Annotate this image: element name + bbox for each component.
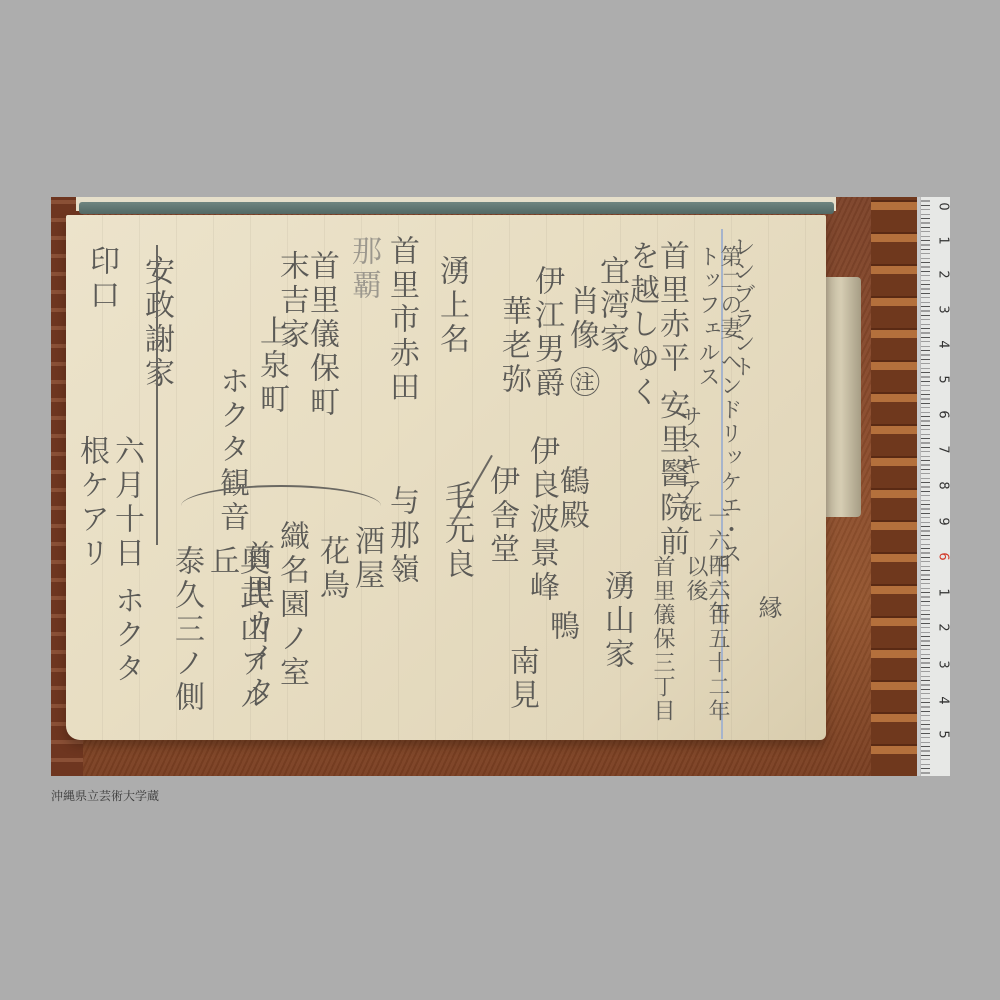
text-column: 伊舎堂 — [486, 465, 516, 567]
text-column: 印口 — [86, 245, 116, 313]
ruler-label: 5 — [936, 727, 951, 743]
text-column: 湧山家 — [601, 570, 631, 672]
ruler-label: 5 — [936, 372, 951, 388]
text-column: 湧上名 — [436, 255, 466, 357]
ruler-label-red: 6 — [936, 549, 951, 565]
text-column: 首里市赤田 — [386, 235, 416, 405]
ruler-label: 2 — [936, 267, 951, 283]
text-column: 首里儀保三丁目 — [651, 555, 673, 735]
text-column: 花鳥 — [316, 535, 346, 603]
text-scribble-note: 縁 — [756, 595, 780, 623]
text-1652-after: 千六百五十二年以後 — [684, 555, 728, 740]
text-column: 那覇 — [348, 235, 378, 303]
pencil-line — [156, 245, 158, 545]
leather-laced-edge — [871, 197, 917, 776]
ruler-label: 0 — [936, 199, 951, 215]
text-column: 華老弥 — [498, 295, 528, 397]
text-column: 宜湾家 — [596, 255, 626, 357]
ruler-label: 1 — [936, 233, 951, 249]
text-column: 伊良波景峰 — [526, 435, 556, 605]
collection-caption: 沖縄県立芸術大学蔵 — [51, 787, 159, 804]
text-column: 奥武山アル丘 — [206, 545, 266, 740]
text-column: 南見 — [506, 645, 536, 713]
pencil-arc — [181, 485, 381, 527]
text-column: 首里赤平 安里醫院前を越しゆく — [626, 240, 686, 560]
ruler-label: 1 — [936, 585, 951, 601]
text-column: 織名園ノ室 — [276, 520, 306, 690]
ruler-label: 4 — [936, 693, 951, 709]
text-column: 肖像 ㊟ — [566, 285, 596, 401]
text-column: 泰久三ノ側 — [171, 545, 201, 715]
text-column: 伊江男爵 — [531, 265, 561, 401]
text-column: 酒屋 — [351, 525, 381, 593]
page-tabs — [821, 277, 861, 517]
ruler-label: 4 — [936, 337, 951, 353]
ruler-label: 3 — [936, 657, 951, 673]
text-column: 根ケアリ — [76, 435, 106, 571]
ruler-label: 6 — [936, 407, 951, 423]
ruler-label: 3 — [936, 302, 951, 318]
text-column: 上泉町 — [256, 315, 286, 417]
text-column: 鶴殿 — [556, 465, 586, 533]
notebook-page: レンブラント 第二の妻 ヘンドリッケエ・ストッフェルス サスキア死 一六四二年 … — [66, 215, 826, 740]
ruler-label: 9 — [936, 514, 951, 530]
measuring-ruler: 0 1 2 3 4 5 6 7 8 9 6 1 2 3 4 5 — [920, 197, 950, 776]
text-column: 首里儀保町 — [306, 250, 336, 420]
ruler-label: 2 — [936, 620, 951, 636]
ruler-label: 7 — [936, 442, 951, 458]
text-column: 与那嶺 — [386, 485, 416, 587]
archival-photo: レンブラント 第二の妻 ヘンドリッケエ・ストッフェルス サスキア死 一六四二年 … — [51, 197, 950, 776]
text-column: 六月十日 ホクタ — [111, 435, 141, 687]
text-column: 鴨 — [546, 610, 576, 644]
ruler-label: 8 — [936, 478, 951, 494]
notebook-spine — [79, 202, 834, 214]
